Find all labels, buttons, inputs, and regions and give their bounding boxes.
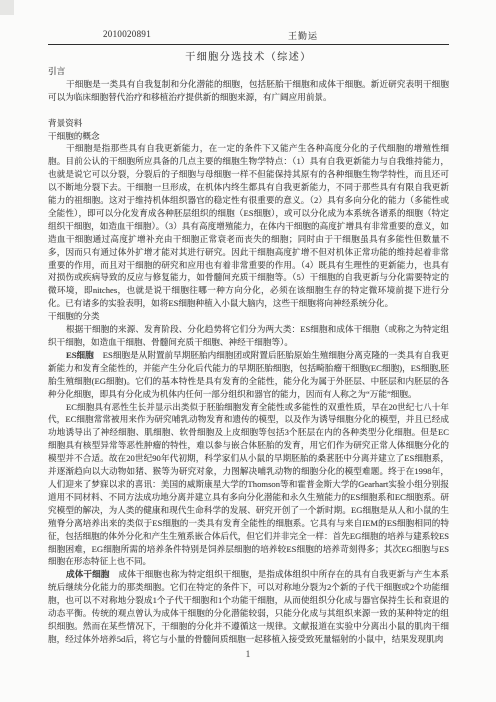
paragraph-adult-stem-cells: 成体干细胞成体干细胞也称为特定组织干细胞，是指成体组织中所存在的具有自我更新与产… [48,568,449,645]
author-name: 王勤运 [288,29,318,42]
paragraph-es-text: ES细胞是从附置前早期胚胎内细胞团或附置后胚胎原始生殖细胞分离克隆的一类具有自我… [48,350,449,399]
student-id: 2010020891 [103,29,151,39]
run-in-heading-adult: 成体干细胞 [66,569,110,579]
run-in-heading-es: ES细胞 [66,350,94,360]
document-body: 引言 干细胞是一类具有自我复制和分化潜能的细胞，包括胚胎干细胞和成体干细胞。新近… [48,65,449,646]
section-heading-background: 背景资料 [48,117,449,130]
document-title: 干细胞分选技术（综述） [48,45,449,65]
document-page: 2010020891 王勤运 干细胞分选技术（综述） 引言 干细胞是一类具有自我… [0,0,496,702]
page-content: 2010020891 王勤运 干细胞分选技术（综述） 引言 干细胞是一类具有自我… [48,29,449,646]
paragraph-concept: 干细胞是指那些具有自我更新能力，在一定的条件下又能产生各种高度分化的子代细胞的增… [48,142,449,310]
paragraph-ec-cells: EC细胞具有恶性生长并显示出类似于胚胎细胞发育全能性或多能性的双重性质，早在20… [48,401,449,569]
paragraph-es-cells: ES细胞ES细胞是从附置前早期胚胎内细胞团或附置后胚胎原始生殖细胞分离克隆的一类… [48,349,449,401]
section-heading-concept: 干细胞的概念 [48,130,449,143]
section-heading-classification: 干细胞的分类 [48,310,449,323]
paragraph-adult-text: 成体干细胞也称为特定组织干细胞，是指成体组织中所存在的具有自我更新与产生本系统后… [48,569,449,644]
scan-artifact [0,0,14,15]
section-heading-intro: 引言 [48,65,449,78]
page-header: 2010020891 王勤运 [48,29,449,45]
paragraph-intro: 干细胞是一类具有自我复制和分化潜能的细胞，包括胚胎干细胞和成体干细胞。新近研究表… [48,78,449,104]
paragraph-classification: 根据干细胞的来源、发育阶段、分化趋势将它们分为两大类：ES细胞和成体干细胞（或称… [48,323,449,349]
page-number: 1 [0,649,496,659]
blank-line [48,104,449,117]
